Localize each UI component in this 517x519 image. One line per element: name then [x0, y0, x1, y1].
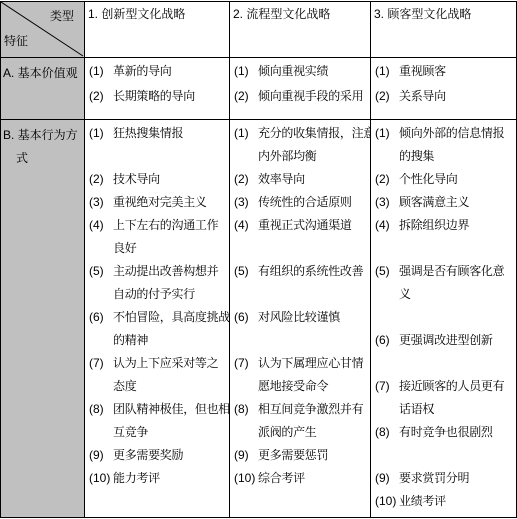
item-text: 重视顾客: [399, 60, 515, 83]
cell-behavior-customer: (1)倾向外部的信息情报的搜集(2)个性化导向(3)顾客满意主义(4)拆除组织边…: [371, 120, 516, 517]
list-item: (6)不怕冒险，具高度挑战的精神: [89, 306, 228, 352]
list-item: (2)长期策略的导向: [89, 85, 228, 108]
column-header-innovative: 1. 创新型文化战略: [85, 2, 230, 58]
item-number: (1): [234, 122, 258, 145]
item-text-line: 更多需要惩罚: [258, 444, 369, 467]
item-number: (1): [375, 60, 399, 83]
item-number: (4): [234, 214, 258, 237]
item-text-line: 接近顾客的人员更有: [399, 375, 515, 398]
row-label-line: B. 基本行为方: [3, 124, 82, 147]
item-number: (7): [375, 375, 399, 398]
item-text: 革新的导向: [113, 60, 228, 83]
item-text: 对风险比较谨慎: [258, 306, 369, 329]
item-text-line: 关系导向: [399, 85, 515, 108]
item-text: 顾客满意主义: [399, 191, 515, 214]
item-number: (2): [375, 85, 399, 108]
item-text: 传统性的合适原则: [258, 191, 369, 214]
item-number: (10): [89, 467, 113, 490]
item-text: 认为下属理应心甘情愿地接受命令: [258, 352, 369, 398]
item-text-line: 倾向重视实绩: [258, 60, 369, 83]
item-number: (2): [234, 168, 258, 191]
item-text-line: 认为上下应采对等之: [113, 352, 228, 375]
item-number: (8): [234, 398, 258, 421]
list-item: (4)拆除组织边界: [375, 214, 515, 237]
item-text-line: 互竞争: [113, 421, 228, 444]
item-number: (1): [375, 122, 399, 145]
culture-strategy-comparison-table: 类型 特征 1. 创新型文化战略 2. 流程型文化战略 3. 顾客型文化战略 A…: [0, 1, 517, 518]
item-text: 更多需要奖励: [113, 444, 228, 467]
list-item: (2)倾向重视手段的采用: [234, 85, 369, 108]
list-item: (7)认为下属理应心甘情愿地接受命令: [234, 352, 369, 398]
item-text: 上下左右的沟通工作良好: [113, 214, 228, 260]
list-item: (1)充分的收集情报，注意内外部均衡: [234, 122, 369, 168]
item-number: (10): [234, 467, 258, 490]
item-text-line: 对风险比较谨慎: [258, 306, 369, 329]
item-text: 综合考评: [258, 467, 369, 490]
list-item: (8)有时竞争也很剧烈: [375, 421, 515, 444]
item-text-line: 强调是否有顾客化意: [399, 260, 515, 283]
list-item: (5)有组织的系统性改善: [234, 260, 369, 283]
list-item: (10)综合考评: [234, 467, 369, 490]
cell-values-innovative: (1)革新的导向(2)长期策略的导向: [85, 58, 230, 120]
item-number: (4): [89, 214, 113, 237]
item-text-line: 有组织的系统性改善: [258, 260, 369, 283]
row-label-basic-values: A. 基本价值观: [1, 58, 85, 120]
item-number: (5): [234, 260, 258, 283]
list-item: (3)传统性的合适原则: [234, 191, 369, 214]
item-text: 长期策略的导向: [113, 85, 228, 108]
item-text-line: 狂热搜集情报: [113, 122, 228, 145]
item-text-line: 能力考评: [113, 467, 228, 490]
item-number: (3): [234, 191, 258, 214]
item-text: 个性化导向: [399, 168, 515, 191]
list-item: (1)倾向重视实绩: [234, 60, 369, 83]
list-item: (8)团队精神极佳，但也相互竞争: [89, 398, 228, 444]
row-label-basic-behavior: B. 基本行为方式: [1, 120, 85, 517]
item-number: (7): [234, 352, 258, 375]
item-number: (9): [234, 444, 258, 467]
item-text-line: 的搜集: [399, 145, 515, 168]
item-number: (9): [375, 467, 399, 490]
item-number: (7): [89, 352, 113, 375]
item-number: (3): [89, 191, 113, 214]
cell-values-process: (1)倾向重视实绩(2)倾向重视手段的采用: [230, 58, 371, 120]
item-number: (6): [89, 306, 113, 329]
item-text-line: 认为下属理应心甘情: [258, 352, 369, 375]
list-item: (10)能力考评: [89, 467, 228, 490]
list-item: (4)上下左右的沟通工作良好: [89, 214, 228, 260]
list-item: (1)革新的导向: [89, 60, 228, 83]
item-text-line: 义: [399, 283, 515, 306]
item-text-line: 话语权: [399, 398, 515, 421]
item-text-line: 顾客满意主义: [399, 191, 515, 214]
item-number: (9): [89, 444, 113, 467]
corner-label-feature: 特征: [4, 32, 28, 49]
item-number: (2): [89, 85, 113, 108]
item-text-line: 长期策略的导向: [113, 85, 228, 108]
item-text-line: 重视绝对完美主义: [113, 191, 228, 214]
item-number: (3): [375, 191, 399, 214]
item-text-line: 个性化导向: [399, 168, 515, 191]
list-item: (9)更多需要惩罚: [234, 444, 369, 467]
item-text: 认为上下应采对等之态度: [113, 352, 228, 398]
item-text: 倾向重视手段的采用: [258, 85, 369, 108]
item-text: 强调是否有顾客化意义: [399, 260, 515, 306]
item-text-line: 重视正式沟通渠道: [258, 214, 369, 237]
item-number: (6): [234, 306, 258, 329]
item-number: (8): [89, 398, 113, 421]
column-header-customer: 3. 顾客型文化战略: [371, 2, 516, 58]
item-text-line: 团队精神极佳，但也相: [113, 398, 228, 421]
item-number: (2): [234, 85, 258, 108]
cell-behavior-innovative: (1)狂热搜集情报(2)技术导向(3)重视绝对完美主义(4)上下左右的沟通工作良…: [85, 120, 230, 517]
item-text-line: 拆除组织边界: [399, 214, 515, 237]
item-text-line: 倾向重视手段的采用: [258, 85, 369, 108]
list-item: (1)倾向外部的信息情报的搜集: [375, 122, 515, 168]
item-text-line: 效率导向: [258, 168, 369, 191]
item-number: (1): [89, 122, 113, 145]
item-text-line: 自动的付予实行: [113, 283, 228, 306]
list-item: (3)顾客满意主义: [375, 191, 515, 214]
item-text-line: 重视顾客: [399, 60, 515, 83]
item-text: 关系导向: [399, 85, 515, 108]
list-item: (5)主动提出改善构想并自动的付予实行: [89, 260, 228, 306]
item-text: 主动提出改善构想并自动的付予实行: [113, 260, 228, 306]
item-text-line: 综合考评: [258, 467, 369, 490]
item-text: 团队精神极佳，但也相互竞争: [113, 398, 228, 444]
item-text: 相互间竞争激烈并有派阀的产生: [258, 398, 369, 444]
item-text: 重视正式沟通渠道: [258, 214, 369, 237]
item-text: 有组织的系统性改善: [258, 260, 369, 283]
item-text-line: 内外部均衡: [258, 145, 369, 168]
item-text-line: 要求赏罚分明: [399, 467, 515, 490]
item-number: (5): [89, 260, 113, 283]
item-text-line: 充分的收集情报，注意: [258, 122, 369, 145]
item-number: (6): [375, 329, 399, 352]
list-item: (2)关系导向: [375, 85, 515, 108]
list-item: (2)效率导向: [234, 168, 369, 191]
item-text: 充分的收集情报，注意内外部均衡: [258, 122, 369, 168]
item-text: 有时竞争也很剧烈: [399, 421, 515, 444]
list-item: (7)认为上下应采对等之态度: [89, 352, 228, 398]
corner-label-type: 类型: [50, 7, 74, 24]
list-item: (9)要求赏罚分明: [375, 467, 515, 490]
item-text-line: 态度: [113, 375, 228, 398]
item-text: 重视绝对完美主义: [113, 191, 228, 214]
item-text: 技术导向: [113, 168, 228, 191]
list-item: (9)更多需要奖励: [89, 444, 228, 467]
item-text-line: 主动提出改善构想并: [113, 260, 228, 283]
item-number: (8): [375, 421, 399, 444]
list-item: (4)重视正式沟通渠道: [234, 214, 369, 237]
list-item: (1)重视顾客: [375, 60, 515, 83]
list-item: (2)个性化导向: [375, 168, 515, 191]
item-text-line: 有时竞争也很剧烈: [399, 421, 515, 444]
item-text: 倾向外部的信息情报的搜集: [399, 122, 515, 168]
item-number: (2): [375, 168, 399, 191]
item-number: (10): [375, 490, 399, 513]
item-number: (5): [375, 260, 399, 283]
cell-values-customer: (1)重视顾客(2)关系导向: [371, 58, 516, 120]
item-text-line: 更多需要奖励: [113, 444, 228, 467]
item-number: (1): [234, 60, 258, 83]
item-text-line: 上下左右的沟通工作: [113, 214, 228, 237]
row-label-line: 式: [3, 147, 82, 170]
item-text-line: 更强调改进型创新: [399, 329, 515, 352]
list-item: (3)重视绝对完美主义: [89, 191, 228, 214]
item-text-line: 良好: [113, 237, 228, 260]
item-text-line: 相互间竞争激烈并有: [258, 398, 369, 421]
item-text: 拆除组织边界: [399, 214, 515, 237]
list-item: (5)强调是否有顾客化意义: [375, 260, 515, 306]
list-item: (8)相互间竞争激烈并有派阀的产生: [234, 398, 369, 444]
item-text: 更多需要惩罚: [258, 444, 369, 467]
list-item: (6)对风险比较谨慎: [234, 306, 369, 329]
item-text-line: 革新的导向: [113, 60, 228, 83]
item-text-line: 的精神: [113, 329, 228, 352]
item-text: 更强调改进型创新: [399, 329, 515, 352]
item-text: 接近顾客的人员更有话语权: [399, 375, 515, 421]
item-text-line: 不怕冒险，具高度挑战: [113, 306, 228, 329]
list-item: (7)接近顾客的人员更有话语权: [375, 375, 515, 421]
item-number: (1): [89, 60, 113, 83]
corner-header-cell: 类型 特征: [1, 2, 85, 58]
cell-behavior-process: (1)充分的收集情报，注意内外部均衡(2)效率导向(3)传统性的合适原则(4)重…: [230, 120, 371, 517]
item-text-line: 派阀的产生: [258, 421, 369, 444]
list-item: (1)狂热搜集情报: [89, 122, 228, 145]
item-text-line: 业绩考评: [399, 490, 515, 513]
column-header-process: 2. 流程型文化战略: [230, 2, 371, 58]
list-item: (10)业绩考评: [375, 490, 515, 513]
item-text-line: 倾向外部的信息情报: [399, 122, 515, 145]
item-text-line: 技术导向: [113, 168, 228, 191]
list-item: (2)技术导向: [89, 168, 228, 191]
item-text: 能力考评: [113, 467, 228, 490]
item-text: 要求赏罚分明: [399, 467, 515, 490]
item-text: 不怕冒险，具高度挑战的精神: [113, 306, 228, 352]
item-text: 狂热搜集情报: [113, 122, 228, 145]
item-text-line: 愿地接受命令: [258, 375, 369, 398]
item-number: (2): [89, 168, 113, 191]
item-number: (4): [375, 214, 399, 237]
item-text: 倾向重视实绩: [258, 60, 369, 83]
item-text: 业绩考评: [399, 490, 515, 513]
list-item: (6)更强调改进型创新: [375, 329, 515, 352]
item-text: 效率导向: [258, 168, 369, 191]
item-text-line: 传统性的合适原则: [258, 191, 369, 214]
